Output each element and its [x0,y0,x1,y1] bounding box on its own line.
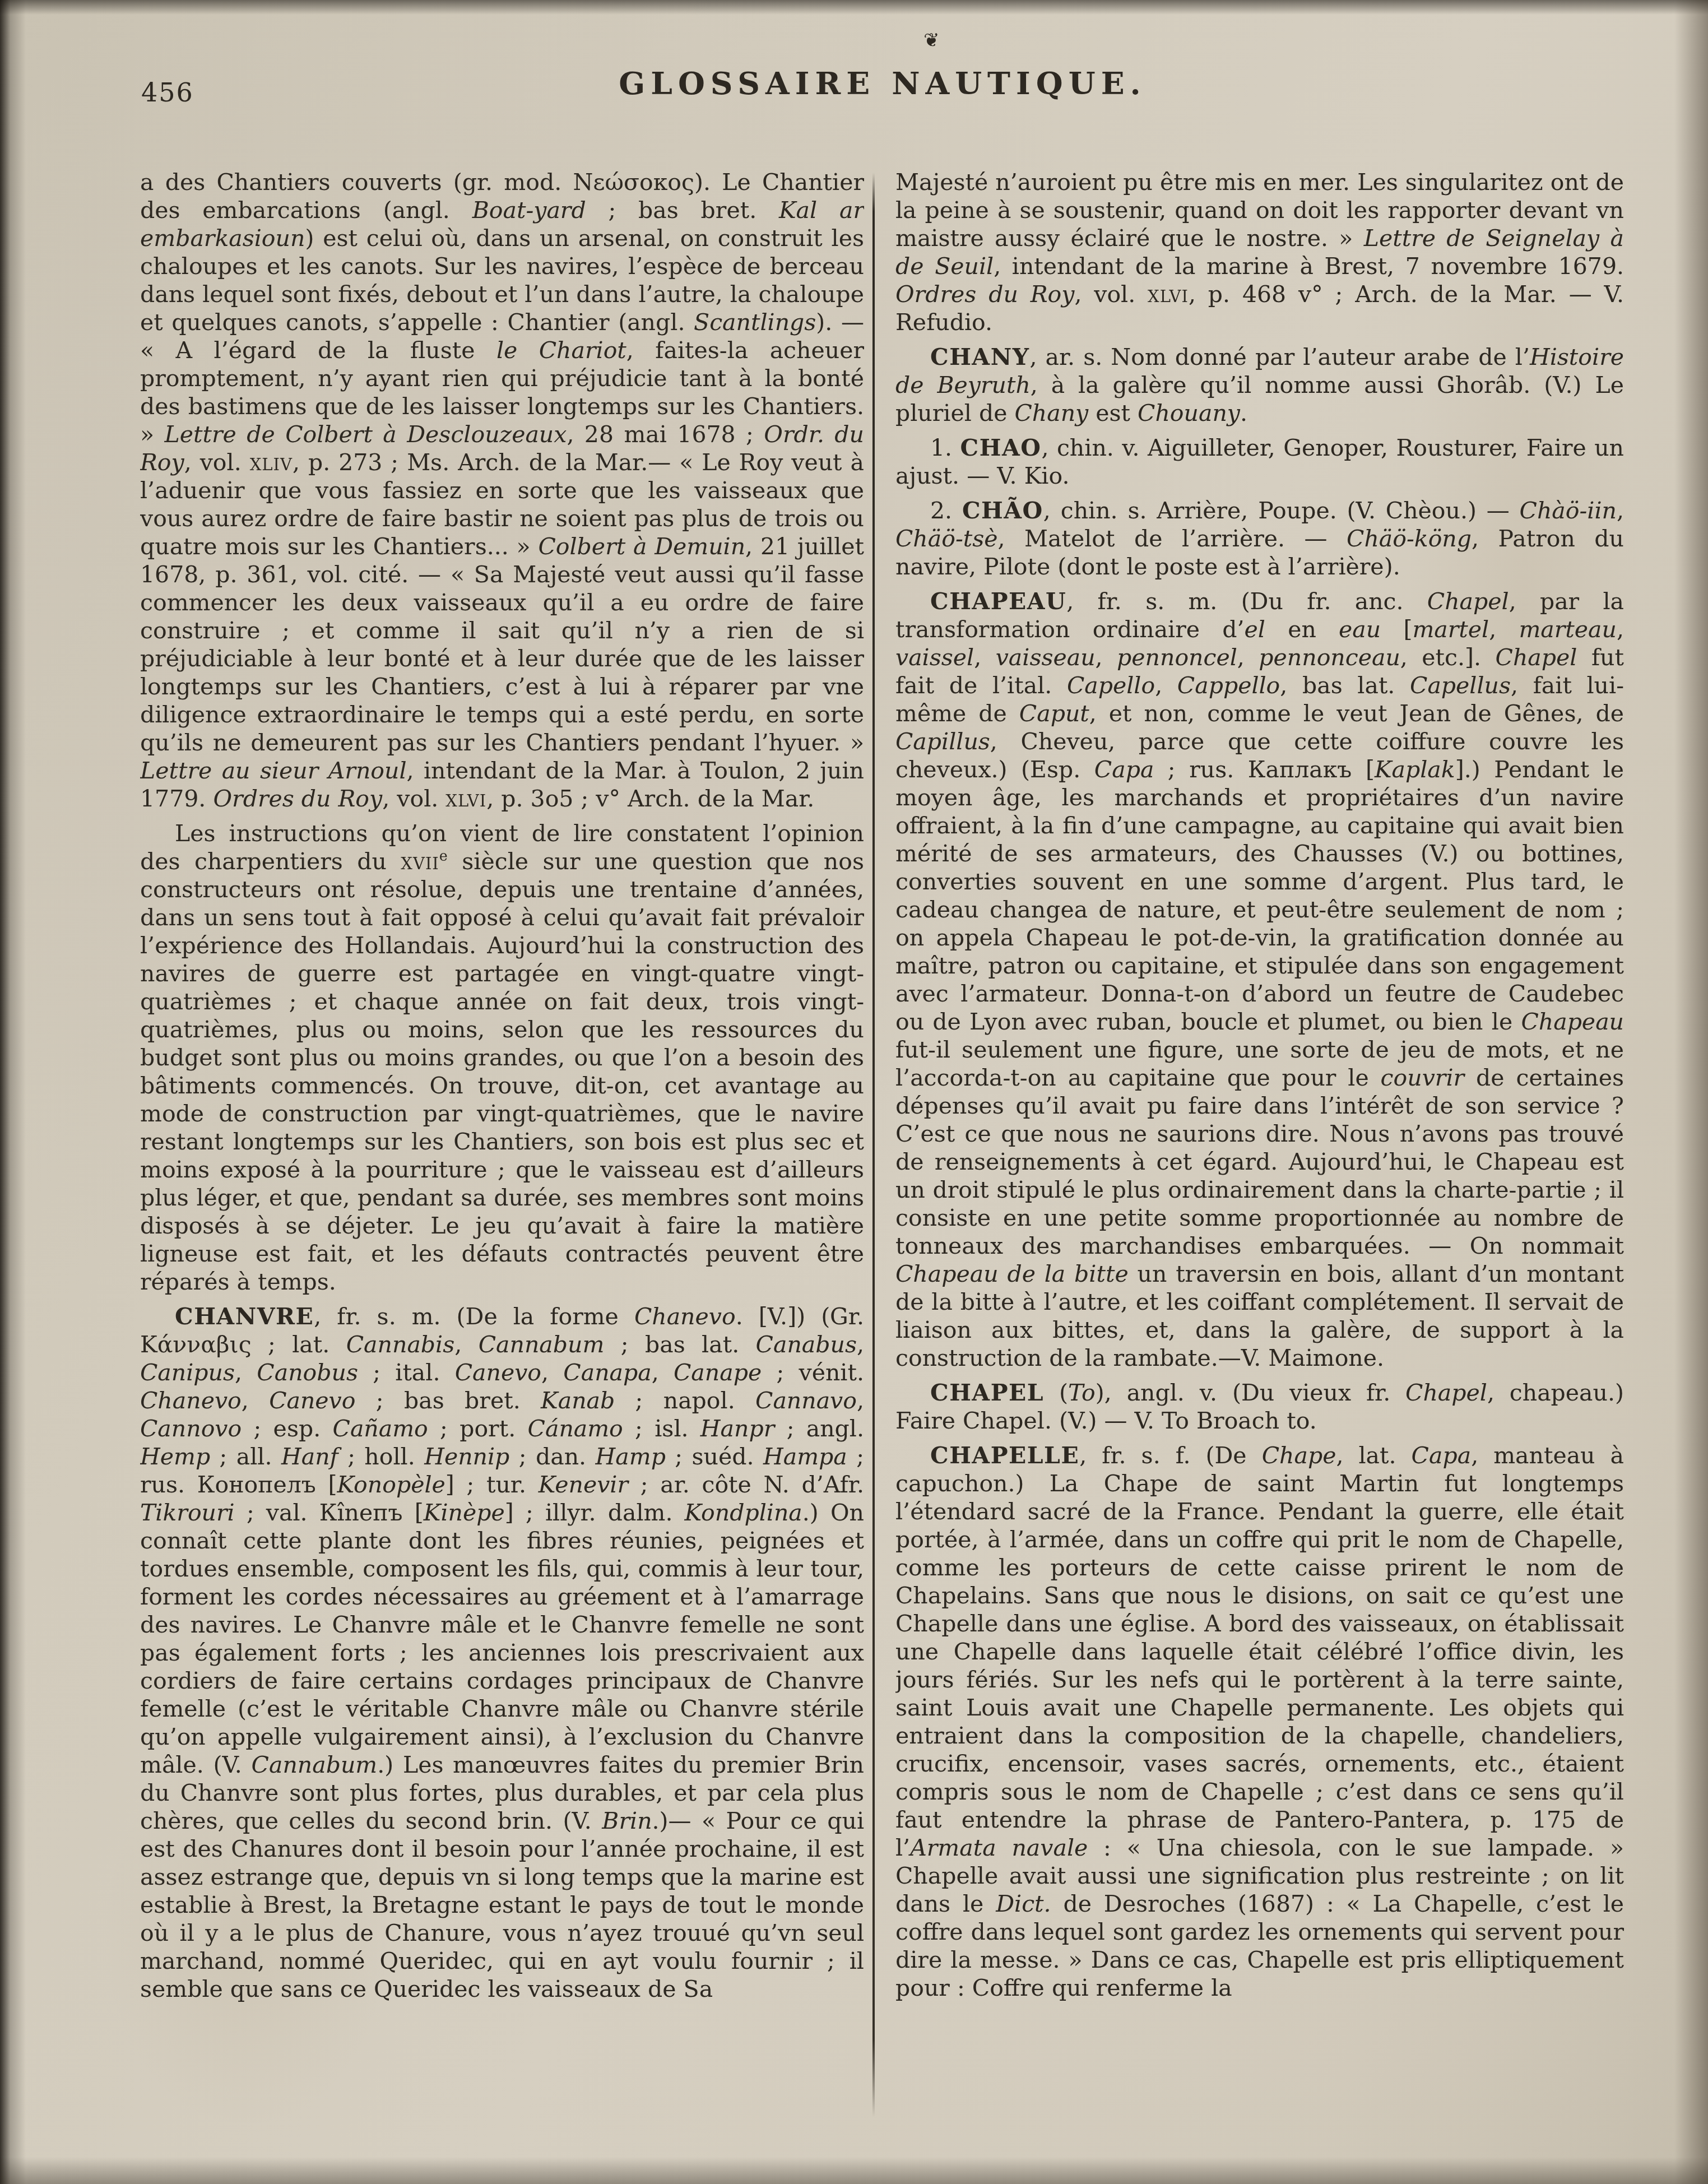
paragraph: CHAPEAU, fr. s. m. (Du fr. anc. Chapel, … [895,587,1624,1372]
paragraph: CHAPEL (To), angl. v. (Du vieux fr. Chap… [895,1379,1624,1435]
paragraph: Majesté n’auroient pu être mis en mer. L… [895,168,1624,336]
page-title: GLOSSAIRE NAUTIQUE. [140,65,1625,101]
left-column: a des Chantiers couverts (gr. mod. Νεώσο… [140,168,864,2141]
column-divider [872,173,875,2117]
scan-edge-left [0,0,26,2184]
paragraph: a des Chantiers couverts (gr. mod. Νεώσο… [140,168,864,813]
paragraph: Les instructions qu’on vient de lire con… [140,819,864,1296]
paragraph: CHANVRE, fr. s. m. (De la forme Chanevo.… [140,1302,864,2003]
scanned-page: 456 ❦ GLOSSAIRE NAUTIQUE. a des Chantier… [0,0,1708,2184]
scan-edge-bottom [0,2157,1708,2184]
right-column: Majesté n’auroient pu être mis en mer. L… [895,168,1624,2141]
scan-edge-right [1674,0,1708,2184]
scan-edge-top [0,0,1708,15]
fleuron-ornament: ❦ [923,29,940,52]
paragraph: CHANY, ar. s. Nom donné par l’auteur ara… [895,343,1624,427]
paragraph: CHAPELLE, fr. s. f. (De Chape, lat. Capa… [895,1441,1624,2002]
paragraph: 2. CHÃO, chin. s. Arrière, Poupe. (V. Ch… [895,497,1624,581]
paragraph: 1. CHAO, chin. v. Aiguilleter, Genoper, … [895,434,1624,490]
